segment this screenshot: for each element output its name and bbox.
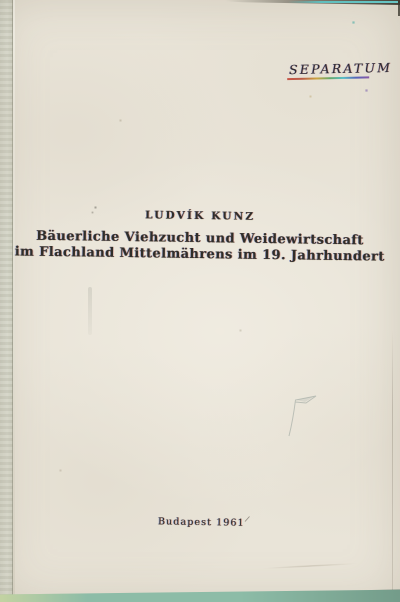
imprint-line: Budapest 1961 — [158, 516, 245, 529]
paper-vignette — [0, 0, 400, 602]
paper-wrinkle — [250, 562, 370, 570]
pencil-mark — [268, 390, 328, 440]
page-edge-strip — [0, 0, 13, 602]
paper-texture — [0, 0, 400, 602]
page-edge-highlight — [13, 0, 15, 602]
pencil-smudge — [88, 287, 92, 335]
top-cyan-line — [288, 1, 398, 3]
paper-specks — [0, 0, 1, 1]
author-name: LUDVÍK KUNZ — [0, 207, 400, 225]
separatum-stamp-text: SEPARATUM — [289, 60, 393, 77]
title-block: LUDVÍK KUNZ Bäuerliche Viehzucht und Wei… — [0, 207, 400, 266]
scanned-offprint-cover: SEPARATUM LUDVÍK KUNZ Bäuerliche Viehzuc… — [0, 0, 400, 602]
stamp-underline — [287, 76, 369, 80]
separatum-stamp: SEPARATUM — [289, 60, 393, 77]
paper-crease — [392, 330, 393, 592]
table-surface-tint — [0, 588, 400, 602]
